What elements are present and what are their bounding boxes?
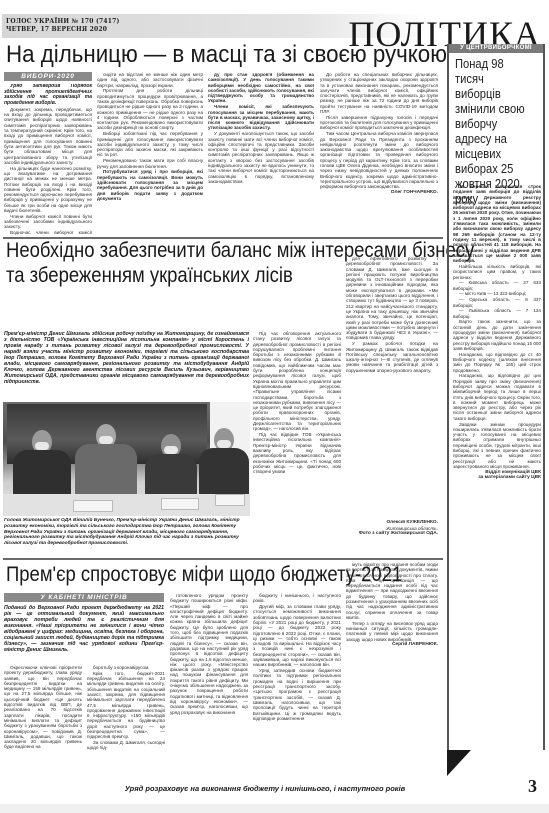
paragraph: боротьбу з коронавірусом. — [87, 665, 165, 670]
paragraph: Під час обговорення актуального стану ро… — [253, 331, 341, 432]
article1-column-1: Уряд затвердив Порядок здійснення протие… — [4, 84, 92, 236]
paragraph: Члени виборчої комісії повинні бути забе… — [4, 214, 92, 230]
sidebar-corner-decoration — [447, 750, 471, 776]
name-plaque — [215, 494, 245, 506]
article2-column-3: для ефективного розвитку і деревообробно… — [346, 256, 438, 518]
paragraph: Після завершення підрахунку голосів і пе… — [320, 115, 438, 131]
paragraph: За словами Д. Шмигаля, сьогодні щодо під… — [87, 740, 165, 751]
paragraph: сидіти на відстані не менше ніж один мет… — [97, 72, 203, 88]
paragraph: Документ, зокрема, передбачає, що на вхо… — [4, 107, 92, 165]
paragraph: У документі наголошується також, що засо… — [208, 131, 314, 184]
bottom-band — [0, 804, 549, 813]
paragraph: Уряд затвердив основи бюджетної політики… — [253, 668, 341, 721]
article1-column-4: До роботи на спеціальних виборчих дільни… — [320, 72, 438, 236]
article3-lead: Поданий до Верховної Ради проект держбюд… — [4, 605, 164, 663]
paragraph: муть відмітку про надання особам згоди т… — [346, 562, 438, 620]
article2-photo — [3, 402, 250, 516]
paragraph: Найбільша кількість виборців, які скорис… — [453, 264, 541, 280]
article1-lead: Уряд затвердив Порядок здійснення протие… — [4, 84, 92, 106]
article3-headline[interactable]: Прем'єр спростовує міфи щодо бюджету-202… — [6, 563, 402, 587]
article2-photo-caption: Голова Житомирської ОДА Віталій Бунечко,… — [4, 518, 249, 547]
name-plaque — [161, 498, 199, 510]
paragraph: Рекомендовано також мати при собі власну… — [97, 158, 203, 169]
paragraph: 16 вересня завершився строк подання заяв… — [453, 184, 541, 263]
mask — [164, 446, 178, 454]
article3-signature: Сергій ЛАВРЕНЮК. — [346, 642, 438, 648]
article3-rubric: У КАБІНЕТІ МІНІСТРІВ — [4, 593, 164, 602]
paragraph: Варто також зазначити, що за останній де… — [453, 319, 541, 351]
paragraph: Другий міф, за словами глави уряду, стос… — [253, 604, 341, 668]
paragraph: Нагадаємо, що відповідно до ст. 40 Вибор… — [453, 352, 541, 373]
paragraph: Завдяки змінам процедури поширилась з'яв… — [453, 422, 541, 470]
paragraph: Виборці зобов'язані під час перебування … — [97, 131, 203, 157]
mask — [99, 436, 113, 444]
paragraph: для ефективного розвитку і деревообробно… — [346, 256, 438, 341]
article3-column-4: бюджету і нинішнього, і наступного років… — [253, 593, 341, 780]
paragraph: бюджету і нинішнього, і наступного років… — [253, 593, 341, 604]
sidebar-signature-2: за матеріалами сайту ЦВК — [453, 475, 541, 481]
person-2 — [75, 424, 137, 504]
sidebar-box: У ЦЕНТРВИБОРЧКОМІ Понад 98 тисяч виборці… — [447, 44, 545, 750]
publication-date: ЧЕТВЕР, 17 ВЕРЕСНЯ 2020 — [6, 26, 120, 34]
article3-column-1: Окреслюючи ключові пріоритети проекту де… — [4, 665, 82, 780]
paragraph: готовленого урядом проекту бюджету пошир… — [170, 593, 248, 715]
article1-column-2: сидіти на відстані не менше ніж один мет… — [97, 72, 203, 236]
mask — [35, 442, 49, 450]
paragraph: ду про стан здоров'я (обмеження на самоі… — [208, 72, 314, 104]
article1-rubric: ВИБОРИ-2020 — [4, 72, 92, 81]
section-divider — [3, 558, 443, 560]
article2-signature-block: Олексій КУЖЕЛЕНКО. Житомирська область. … — [346, 520, 438, 554]
name-plaque — [73, 500, 113, 512]
paragraph: Члени комісії, які забезпечують голосува… — [208, 104, 314, 130]
sidebar-body: 16 вересня завершився строк подання заяв… — [453, 184, 541, 744]
paragraph: Тепер з огляду на висновок уряд щодо нин… — [346, 621, 438, 642]
paragraph: Нагадаємо, що відповідно до цих Порядків… — [453, 373, 541, 421]
masthead-meta: ГОЛОС УКРАЇНИ № 170 (7417) ЧЕТВЕР, 17 ВЕ… — [6, 18, 120, 33]
article2-photo-credit: Фото з сайту Житомирської ОДА. — [346, 531, 438, 537]
newspaper-page: ГОЛОС УКРАЇНИ № 170 (7417) ЧЕТВЕР, 17 ВЕ… — [0, 0, 549, 813]
paragraph: Потурбуватися уряд і про виборців, які п… — [97, 169, 203, 201]
paragraph: У рамках робочої поїздки на Житомирщину … — [346, 341, 438, 373]
article3-column-2: боротьбу з коронавірусом. Крім того, бюд… — [87, 665, 165, 780]
paragraph: Водночас члени виборчої комісії повинні … — [4, 230, 92, 236]
paragraph: Під час відвідин ТОВ «Українська інвести… — [253, 432, 341, 474]
list-item: — Одеська область — 8 337 виборців; — [453, 297, 541, 308]
sidebar-rubric: У ЦЕНТРВИБОРЧКОМІ — [449, 44, 543, 53]
paragraph: Тим часом Центральна виборча комісія зве… — [320, 131, 438, 189]
paragraph: Протягом дня роботи дільниці проводитиму… — [97, 88, 203, 130]
mask — [217, 440, 231, 448]
paragraph: Крім того, бюджет-2021 передбачає збільш… — [87, 671, 165, 740]
paragraph: На дільницях буде нанесено розмітку, що … — [4, 166, 92, 214]
list-item: — Київська область — 27 633 виборців; — [453, 280, 541, 291]
photo-table — [3, 494, 250, 516]
paragraph: Окреслюючи ключові пріоритети проекту де… — [4, 665, 82, 750]
article1-signature: Олег ГОНЧАРЕНКО. — [320, 190, 438, 196]
article3-column-5: муть відмітку про надання особам згоди т… — [346, 562, 438, 772]
page-number: 3 — [528, 776, 537, 797]
article2-lead: Прем'єр-міністр Денис Шмигаль здійснив р… — [4, 331, 249, 399]
masthead: ГОЛОС УКРАЇНИ № 170 (7417) ЧЕТВЕР, 17 ВЕ… — [2, 14, 547, 38]
list-item: — місто Київ — 13 323 виборці; — [453, 291, 541, 296]
article2-column-2: Під час обговорення актуального стану ро… — [253, 331, 341, 553]
article3-column-3: готовленого урядом проекту бюджету пошир… — [170, 593, 248, 780]
article1-column-3: ду про стан здоров'я (обмеження на самоі… — [208, 72, 314, 236]
footer-tagline: Уряд розраховує на виконання бюджету і н… — [100, 784, 430, 793]
paragraph: До роботи на спеціальних виборчих дільни… — [320, 72, 438, 114]
publication-issue: ГОЛОС УКРАЇНИ № 170 (7417) — [6, 18, 120, 26]
list-item: — Львівська область — 7 134 виборці. — [453, 308, 541, 319]
article1-headline[interactable]: На дільницю — в масці та зі своєю ручкою — [6, 42, 447, 68]
